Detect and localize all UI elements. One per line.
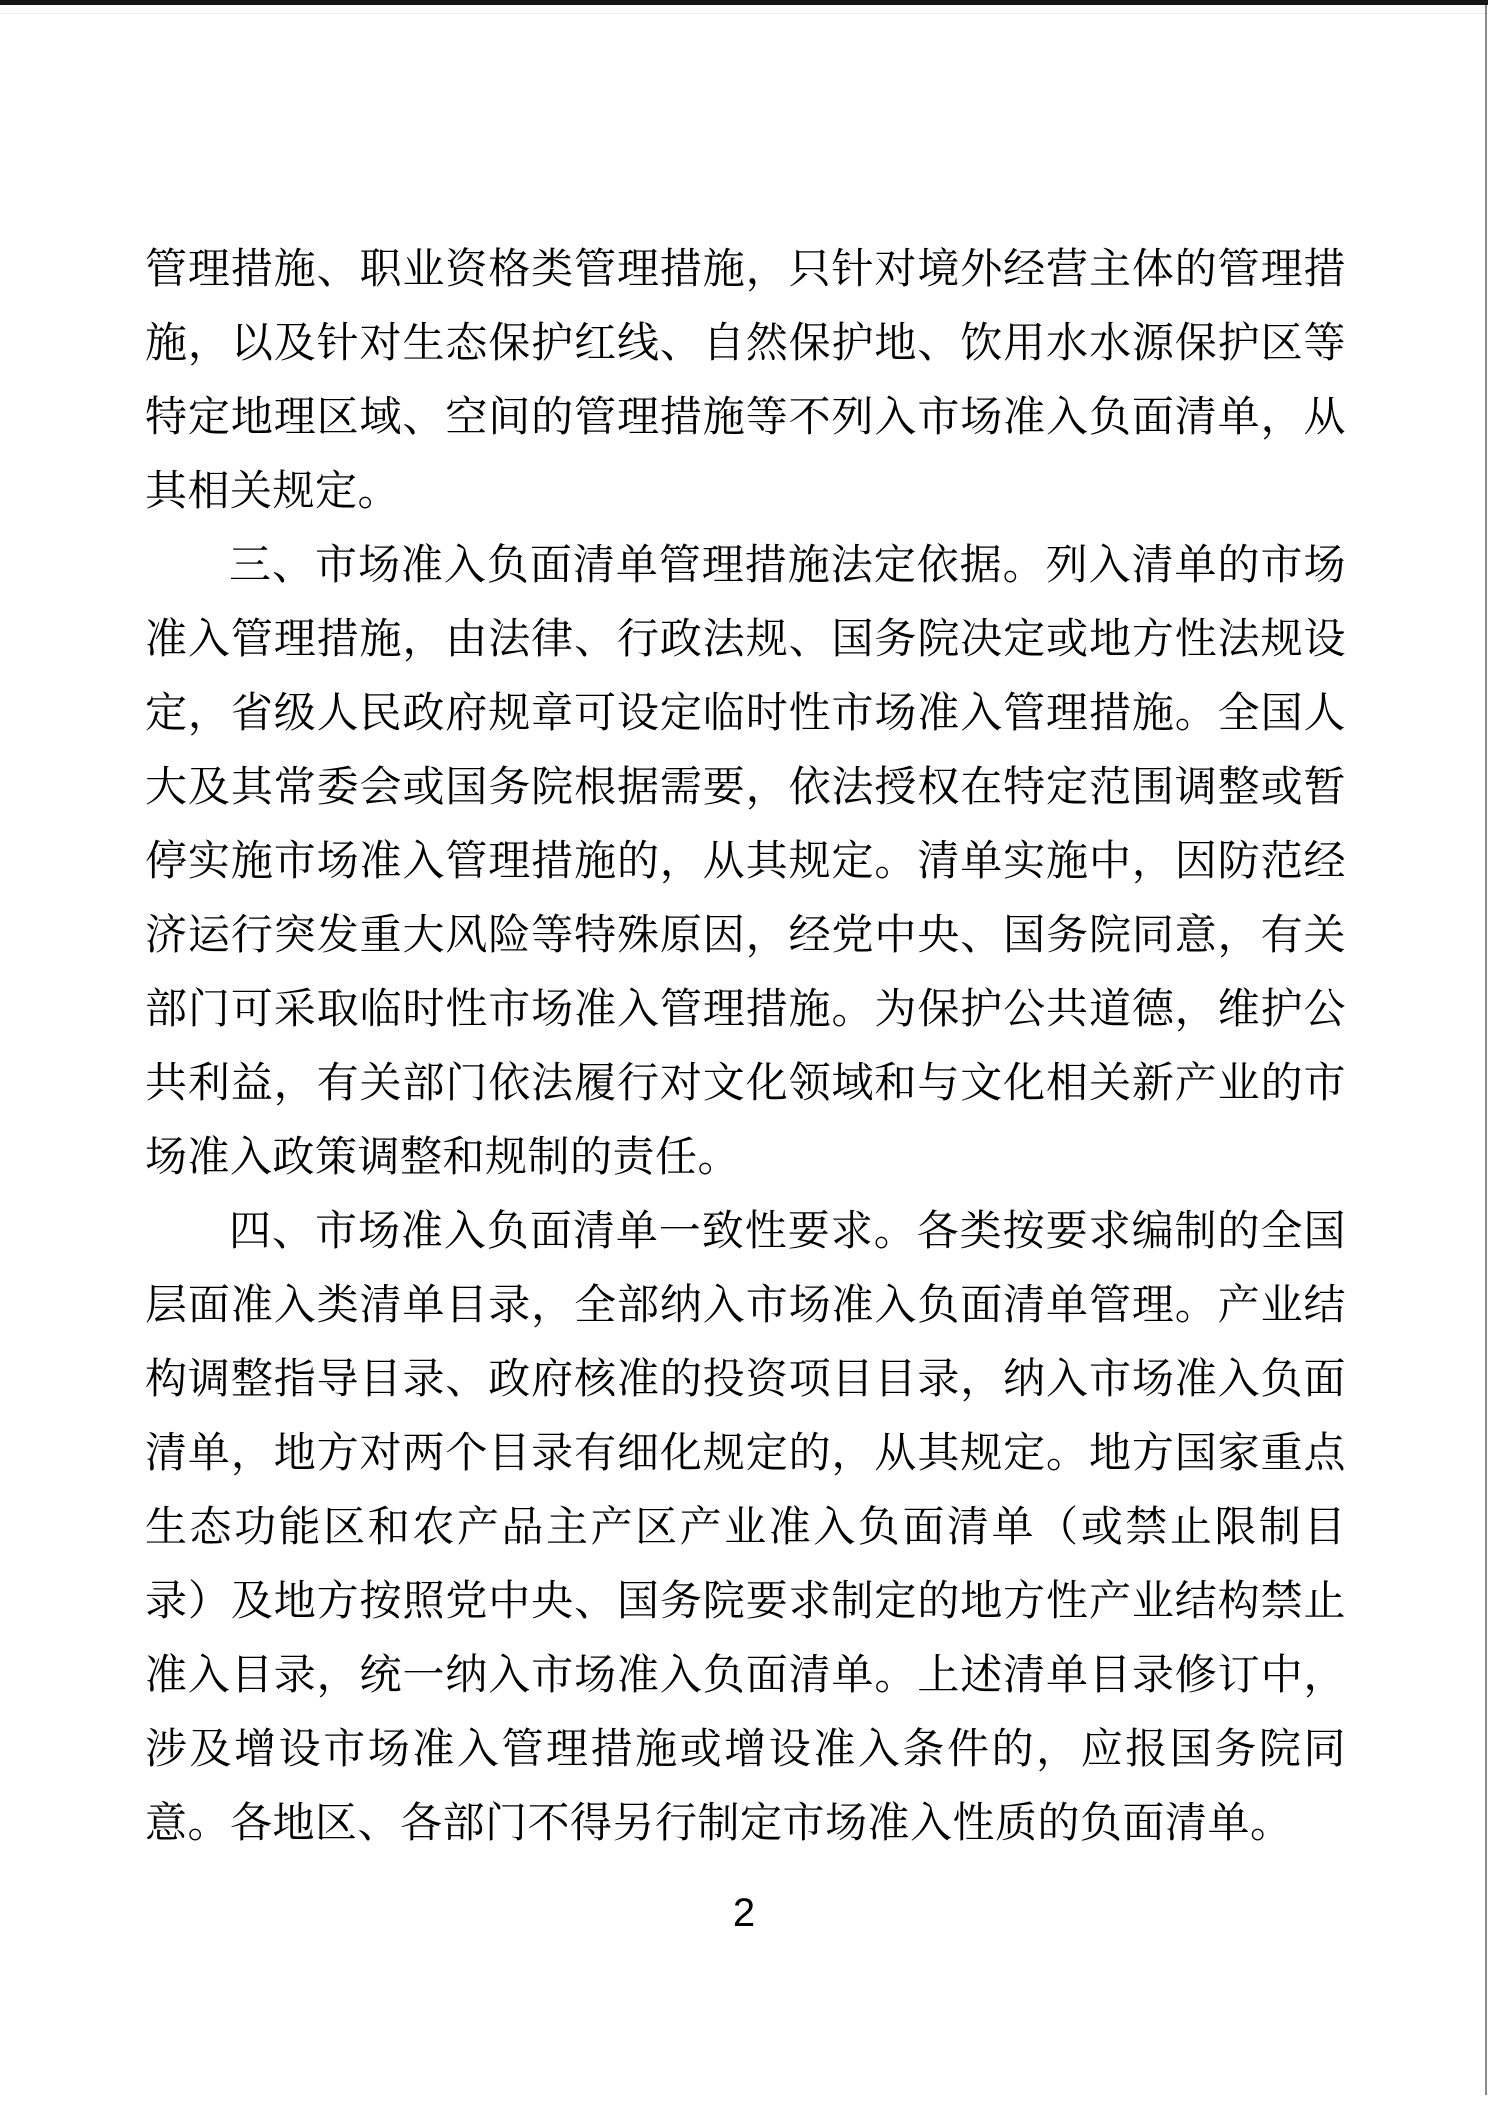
paragraph-item-four: 四、市场准入负面清单一致性要求。各类按要求编制的全国层面准入类清单目录，全部纳入… [145, 1194, 1346, 1860]
paragraph-continuation: 管理措施、职业资格类管理措施，只针对境外经营主体的管理措施，以及针对生态保护红线… [145, 232, 1346, 528]
paragraph-item-three: 三、市场准入负面清单管理措施法定依据。列入清单的市场准入管理措施，由法律、行政法… [145, 528, 1346, 1194]
top-hairline [0, 13, 1488, 14]
page-number: 2 [0, 1889, 1488, 1937]
document-page-body: 管理措施、职业资格类管理措施，只针对境外经营主体的管理措施，以及针对生态保护红线… [145, 232, 1346, 1860]
right-edge-line [1485, 5, 1487, 2095]
top-edge-bar [0, 0, 1488, 5]
